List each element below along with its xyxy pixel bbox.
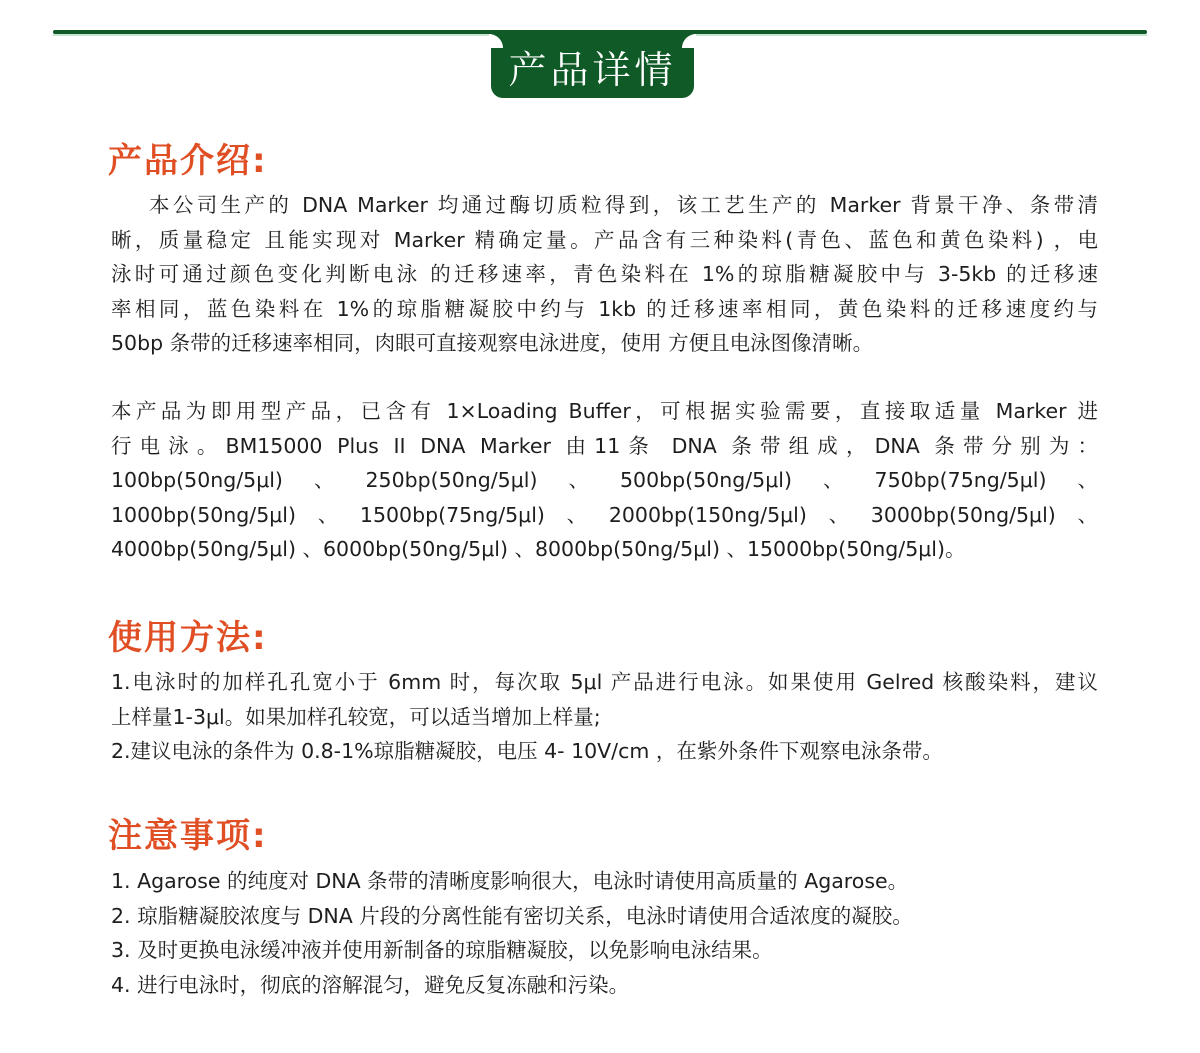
text-line: 晰，质量稳定 且能实现对 Marker 精确定量。产品含有三种染料(青色、蓝色和… [111, 223, 1098, 258]
section-title-intro: 产品介绍: [108, 133, 268, 182]
section-title-notes: 注意事项: [108, 808, 268, 857]
text-line: 50bp 条带的迁移速率相同，肉眼可直接观察电泳进度，使用 方便且电泳图像清晰。 [111, 326, 1098, 361]
header-tab: 产品详情 [491, 30, 694, 98]
note-item: 3. 及时更换电泳缓冲液并使用新制备的琼脂糖凝胶，以免影响电泳结果。 [111, 933, 1098, 968]
usage-list: 1.电泳时的加样孔孔宽小于 6mm 时，每次取 5μl 产品进行电泳。如果使用 … [111, 665, 1098, 769]
usage-item: 2.建议电泳的条件为 0.8-1%琼脂糖凝胶，电压 4- 10V/cm ，在紫外… [111, 734, 1098, 769]
text-line: 行电泳。BM15000 Plus II DNA Marker 由11条 DNA … [111, 429, 1098, 464]
text-line: 本产品为即用型产品，已含有 1×Loading Buffer，可根据实验需要，直… [111, 394, 1098, 429]
intro-paragraph-2: 本产品为即用型产品，已含有 1×Loading Buffer，可根据实验需要，直… [111, 394, 1098, 567]
text-line: 本公司生产的 DNA Marker 均通过酶切质粒得到，该工艺生产的 Marke… [111, 188, 1098, 223]
note-item: 4. 进行电泳时，彻底的溶解混匀，避免反复冻融和污染。 [111, 968, 1098, 1003]
page-title: 产品详情 [508, 35, 676, 94]
usage-item: 1.电泳时的加样孔孔宽小于 6mm 时，每次取 5μl 产品进行电泳。如果使用 … [111, 665, 1098, 700]
text-line: 率相同，蓝色染料在 1%的琼脂糖凝胶中约与 1kb 的迁移速率相同，黄色染料的迁… [111, 292, 1098, 327]
usage-item: 上样量1-3μl。如果加样孔较宽，可以适当增加上样量; [111, 700, 1098, 735]
section-title-usage: 使用方法: [108, 610, 268, 659]
text-line: 泳时可通过颜色变化判断电泳 的迁移速率，青色染料在 1%的琼脂糖凝胶中与 3-5… [111, 257, 1098, 292]
intro-paragraph-1: 本公司生产的 DNA Marker 均通过酶切质粒得到，该工艺生产的 Marke… [111, 188, 1098, 361]
band-list-line: 100bp(50ng/5μl)、250bp(50ng/5μl)、500bp(50… [111, 463, 1098, 498]
note-item: 1. Agarose 的纯度对 DNA 条带的清晰度影响很大，电泳时请使用高质量… [111, 864, 1098, 899]
band-list-line: 1000bp(50ng/5μl)、1500bp(75ng/5μl)、2000bp… [111, 498, 1098, 533]
notes-list: 1. Agarose 的纯度对 DNA 条带的清晰度影响很大，电泳时请使用高质量… [111, 864, 1098, 1002]
band-list-line: 4000bp(50ng/5μl) 、6000bp(50ng/5μl) 、8000… [111, 532, 1098, 567]
note-item: 2. 琼脂糖凝胶浓度与 DNA 片段的分离性能有密切关系，电泳时请使用合适浓度的… [111, 899, 1098, 934]
